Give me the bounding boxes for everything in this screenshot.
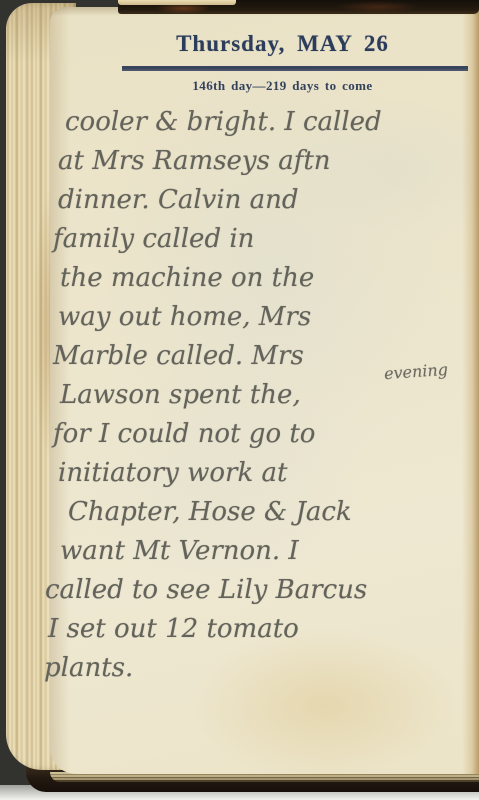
entry-line: way out home, Mrs <box>58 298 475 337</box>
diary-scan: Thursday, MAY 26 146th day—219 days to c… <box>0 0 479 800</box>
diary-page: Thursday, MAY 26 146th day—219 days to c… <box>50 7 479 774</box>
page-edge-sliver <box>118 0 236 5</box>
entry-line: at Mrs Ramseys aftn <box>58 142 475 181</box>
entry-line: family called in <box>53 220 475 259</box>
entry-line: cooler & bright. I called <box>65 103 475 142</box>
entry-line: Chapter, Hose & Jack <box>68 493 475 532</box>
entry-line: for I could not go to <box>53 415 475 454</box>
entry-line: plants. <box>44 649 475 688</box>
entry-line: Lawson spent the, <box>60 376 475 415</box>
day-counter: 146th day—219 days to come <box>92 78 473 94</box>
entry-line: want Mt Vernon. I <box>60 532 475 571</box>
date-title: Thursday, MAY 26 <box>92 31 473 57</box>
handwritten-entry: cooler & bright. I called at Mrs Ramseys… <box>50 103 475 688</box>
entry-line: initiatory work at <box>58 454 475 493</box>
double-rule <box>122 66 468 71</box>
entry-line: I set out 12 tomato <box>48 610 475 649</box>
entry-line: the machine on the <box>60 259 475 298</box>
entry-line: dinner. Calvin and <box>58 181 475 220</box>
entry-line: called to see Lily Barcus <box>45 571 475 610</box>
page-masthead: Thursday, MAY 26 146th day—219 days to c… <box>50 7 479 94</box>
